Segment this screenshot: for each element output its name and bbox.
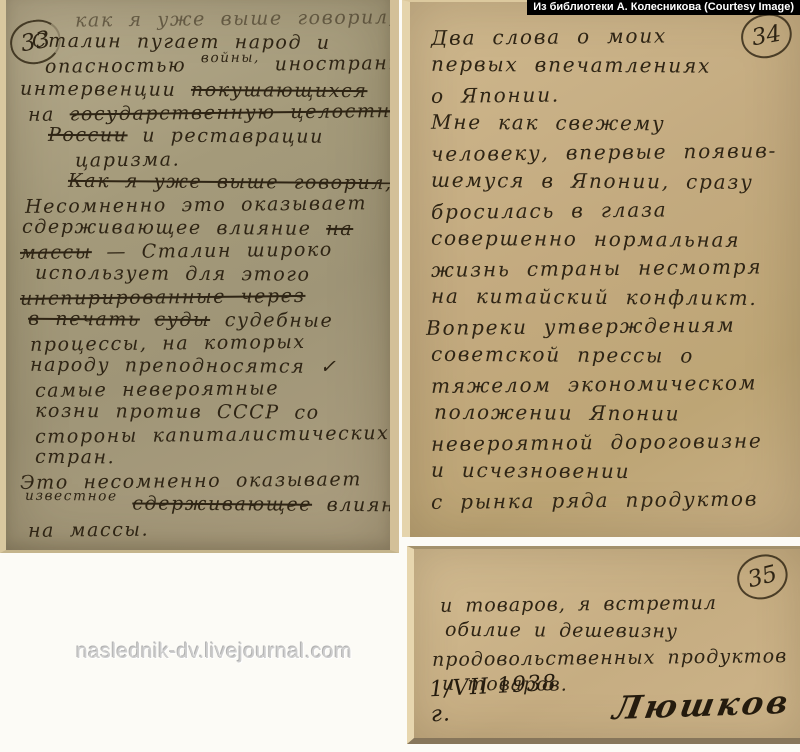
hand-line: человеку, впервые появив-: [431, 136, 796, 169]
hand-line: опасностью войны, иностранной: [45, 52, 384, 81]
hand-text-segment: стран.: [35, 446, 115, 469]
hand-text-segment: Вопреки утверждениям: [426, 313, 736, 340]
hand-line: козни против СССР со: [35, 400, 384, 425]
manuscript-page-35: 35 и товаров, я встретилобилие и дешевиз…: [407, 546, 800, 744]
hand-text-segment: интервенции: [20, 78, 191, 101]
hand-text-segment: на китайский конфликт.: [431, 284, 758, 310]
hand-text-segment: советской прессы о: [431, 342, 694, 368]
hand-text-segment: — Сталин широко: [92, 239, 333, 264]
struck-text: на: [326, 218, 353, 240]
hand-line: на китайский конфликт.: [431, 282, 796, 314]
signature: Люшков: [610, 683, 794, 727]
hand-line: стран.: [35, 446, 384, 471]
hand-text-segment: [140, 309, 155, 331]
struck-text: массы: [20, 241, 92, 264]
hand-text-segment: шемуся в Японии, сразу: [431, 168, 754, 194]
hand-text-segment: сдерживающее влияние: [22, 216, 326, 240]
hand-line: Два слова о моих: [431, 20, 796, 53]
hand-text-segment: невероятной дороговизне: [431, 428, 763, 455]
struck-text: покушающихся: [191, 79, 368, 102]
hand-line: шемуся в Японии, сразу: [431, 166, 796, 198]
manuscript-page-34: 34 Два слова о моихпервых впечатленияхо …: [402, 0, 800, 537]
hand-text-segment: бросилась в глаза: [431, 197, 668, 223]
hand-line: совершенно нормальная: [431, 224, 796, 256]
hand-text-segment: царизма.: [75, 149, 181, 172]
scanned-manuscript-photo: 33 как я уже выше говорил,Сталин пугает …: [0, 0, 800, 752]
hand-line: на государственную целостность: [28, 100, 384, 127]
hand-text-segment: Два слова о моих: [431, 23, 667, 49]
manuscript-page-33: 33 как я уже выше говорил,Сталин пугает …: [0, 0, 399, 553]
hand-line: сдерживающее влияние на: [22, 216, 384, 242]
hand-line: продовольственных продуктов: [432, 643, 796, 674]
struck-text: Как я уже выше говорил,: [68, 170, 393, 194]
hand-text-segment: стороны капиталистических: [35, 422, 390, 448]
credit-label: Из библиотеки А. Колесникова (Courtesy I…: [527, 0, 800, 15]
hand-line: положении Японии: [434, 398, 796, 430]
hand-line: известное сдерживающее влияние: [25, 492, 384, 520]
manuscript-date: 1/VII 1938 г.: [429, 671, 560, 728]
hand-text-segment: козни против СССР со: [35, 400, 320, 424]
hand-text-segment: на массы.: [28, 519, 149, 542]
hand-line: Мне как свежему: [431, 108, 796, 140]
hand-text-segment: использует для этого: [35, 262, 311, 286]
hand-line: на массы.: [28, 516, 384, 543]
hand-line: как я уже выше говорил,: [75, 6, 384, 32]
struck-text: России: [48, 124, 128, 147]
hand-line: самые невероятные: [35, 376, 384, 403]
hand-line: интервенции покушающихся: [20, 78, 384, 104]
hand-text-segment: о Японии.: [431, 83, 560, 108]
hand-text-segment: опасностью: [45, 54, 201, 78]
hand-line: невероятной дороговизне: [431, 426, 796, 459]
hand-line: инспирированные через: [20, 284, 384, 311]
hand-text-segment: тяжелом экономическом: [431, 370, 757, 397]
hand-text-segment: и товаров, я встретил: [440, 592, 717, 617]
struck-text: инспирированные через: [20, 285, 306, 310]
hand-text-segment: и исчезновении: [431, 458, 631, 483]
hand-text-segment: как я уже выше говорил,: [75, 6, 396, 31]
hand-line: первых впечатлениях: [431, 50, 796, 82]
hand-text-segment: человеку, впервые появив-: [431, 138, 777, 166]
hand-text-segment: Сталин пугает народ и: [32, 30, 331, 54]
hand-line: массы — Сталин широко: [20, 238, 384, 265]
hand-line: в печать суды судебные: [28, 308, 384, 333]
hand-text-segment: судебные: [210, 309, 333, 332]
hand-line: советской прессы о: [431, 340, 796, 372]
hand-line: тяжелом экономическом: [431, 368, 796, 401]
hand-line: обилие и дешевизну: [445, 617, 796, 646]
hand-line: о Японии.: [431, 78, 796, 111]
hand-text-segment: народу преподносятся ✓: [30, 354, 338, 378]
hand-line: и товаров, я встретил: [440, 589, 796, 620]
hand-text-segment: Мне как свежему: [431, 110, 666, 136]
struck-text: суды: [154, 309, 210, 331]
inserted-text: известное: [25, 485, 118, 509]
hand-text-segment: самые невероятные: [35, 377, 279, 402]
hand-text-segment: [118, 492, 133, 514]
hand-line: процессы, на которых: [30, 330, 384, 357]
hand-text-segment: влияние: [312, 494, 399, 517]
hand-line: с рынка ряда продуктов: [431, 484, 796, 517]
hand-text-segment: жизнь страны несмотря: [431, 254, 763, 281]
watermark: naslednik-dv.livejournal.com: [76, 640, 352, 664]
hand-line: Вопреки утверждениям: [426, 310, 796, 343]
hand-text-segment: на: [28, 103, 70, 125]
hand-line: и исчезновении: [431, 456, 796, 488]
hand-line: использует для этого: [35, 262, 384, 287]
hand-line: народу преподносятся ✓: [30, 354, 384, 379]
hand-text-segment: и реставрации: [128, 124, 325, 147]
hand-text-segment: с рынка ряда продуктов: [431, 486, 758, 513]
hand-text-segment: иностранной: [260, 52, 399, 76]
hand-line: бросилась в глаза: [431, 194, 796, 227]
struck-text: сдерживающее: [132, 492, 312, 515]
hand-text-segment: процессы, на которых: [30, 331, 306, 356]
hand-text-segment: положении Японии: [434, 400, 681, 426]
hand-text-segment: первых впечатлениях: [431, 52, 711, 78]
hand-line: Как я уже выше говорил,: [68, 170, 384, 195]
hand-line: царизма.: [75, 146, 384, 172]
handwriting-page-34: Два слова о моихпервых впечатленияхо Япо…: [426, 22, 796, 515]
date-signature-row: 1/VII 1938 г. Люшков: [430, 674, 790, 724]
hand-text-segment: Несомненно это оказывает: [25, 192, 367, 218]
hand-line: Несомненно это оказывает: [25, 192, 384, 219]
handwriting-page-33: как я уже выше говорил,Сталин пугает нар…: [20, 8, 384, 541]
hand-text-segment: обилие и дешевизну: [445, 619, 678, 643]
hand-line: стороны капиталистических: [35, 422, 384, 449]
hand-text-segment: продовольственных продуктов: [432, 645, 787, 671]
hand-line: России и реставрации: [48, 124, 384, 149]
struck-text: в печать: [28, 308, 140, 331]
inserted-text: войны,: [201, 47, 260, 71]
struck-text: государственную целостность: [70, 99, 399, 125]
hand-text-segment: совершенно нормальная: [431, 226, 741, 252]
hand-line: жизнь страны несмотря: [431, 252, 796, 285]
